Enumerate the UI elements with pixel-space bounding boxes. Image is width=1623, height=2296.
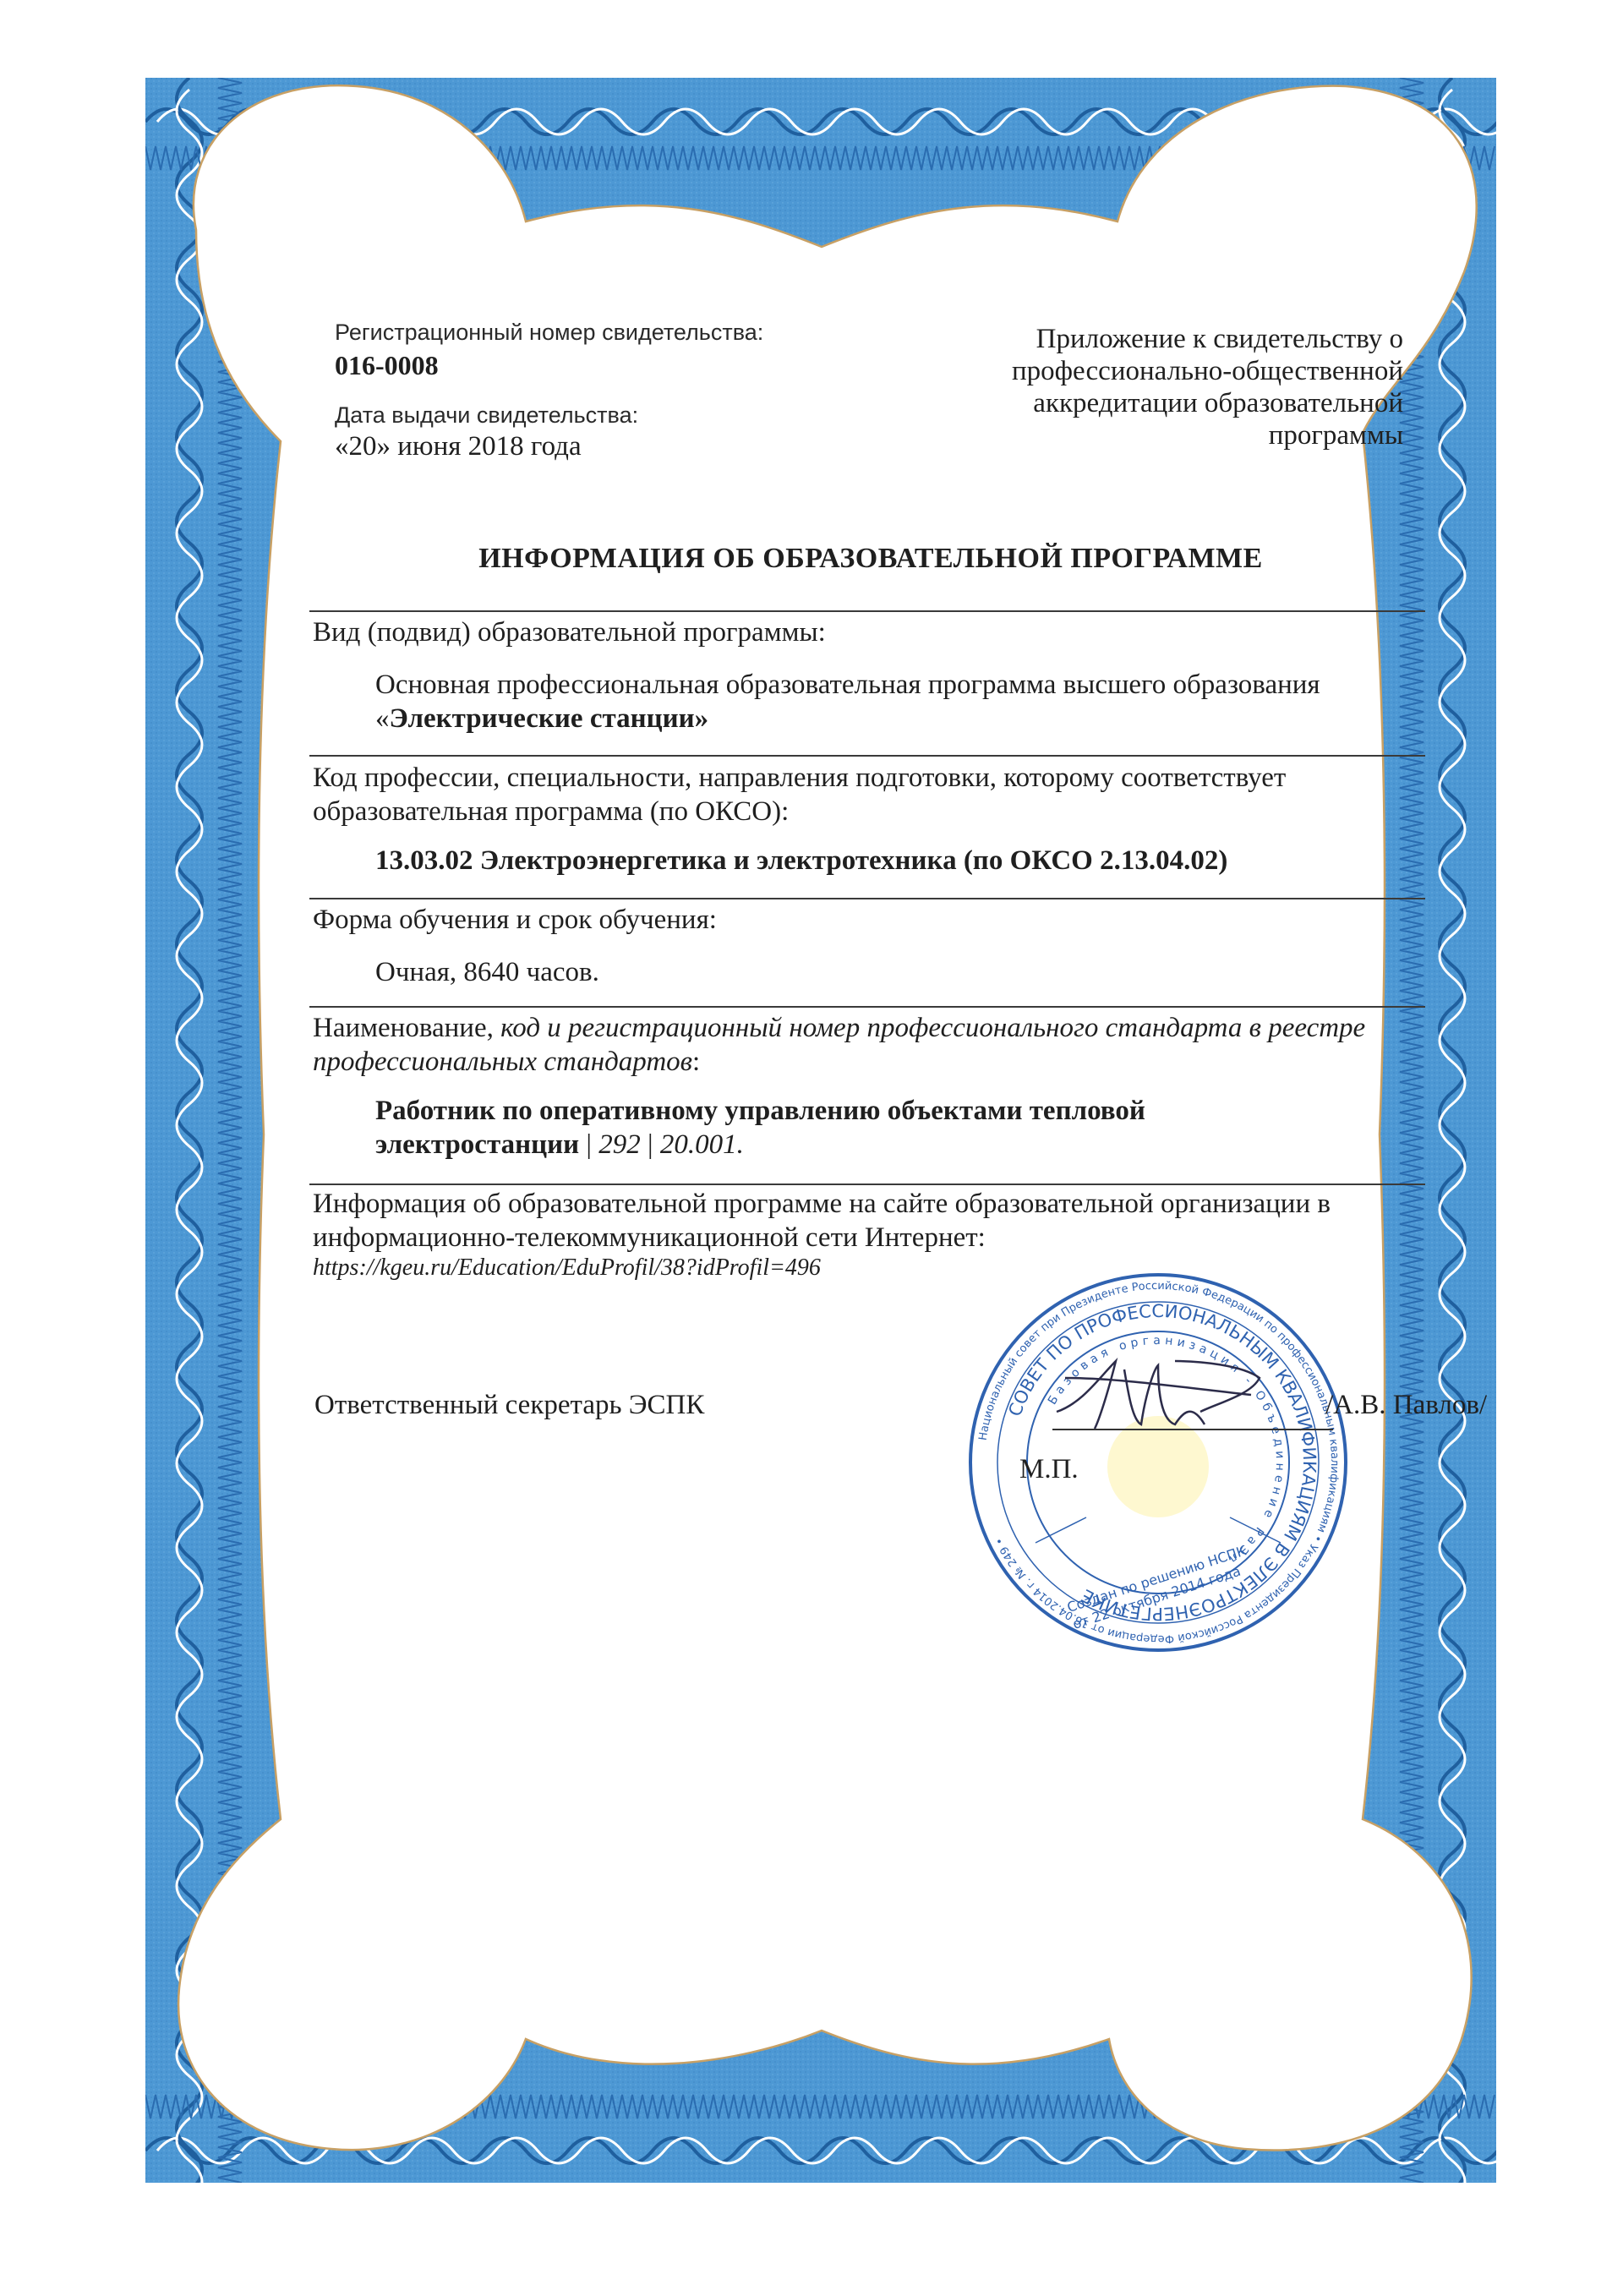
appendix-line: Приложение к свидетельству о <box>930 323 1403 355</box>
okso-code-value: 13.03.02 Электроэнергетика и электротехн… <box>375 844 1390 877</box>
okso-code-label: Код профессии, специальности, направлени… <box>313 761 1429 828</box>
prof-standard-value: Работник по оперативному управлению объе… <box>375 1094 1271 1162</box>
appendix-line: аккредитации образовательной <box>930 387 1403 419</box>
prof-standard-reg-number: 20.001. <box>660 1129 744 1160</box>
separator: | <box>579 1129 598 1160</box>
separator: | <box>641 1129 660 1160</box>
registration-number: 016-0008 <box>335 350 439 381</box>
prof-standard-label-text: Наименование, <box>313 1013 500 1043</box>
issue-date-label: Дата выдачи свидетельства: <box>335 402 638 429</box>
handwritten-signature <box>1048 1344 1268 1437</box>
program-type-label: Вид (подвид) образовательной программы: <box>313 615 1437 649</box>
website-label: Информация об образовательной программе … <box>313 1187 1496 1255</box>
section-divider <box>309 898 1425 899</box>
signatory-name: /А.В. Павлов/ <box>1325 1390 1487 1421</box>
prof-standard-label: Наименование, код и регистрационный номе… <box>313 1011 1412 1079</box>
document-title: ИНФОРМАЦИЯ ОБ ОБРАЗОВАТЕЛЬНОЙ ПРОГРАММЕ <box>321 543 1420 575</box>
study-form-value: Очная, 8640 часов. <box>375 955 1390 989</box>
study-form-label: Форма обучения и срок обучения: <box>313 903 1437 937</box>
appendix-line: программы <box>930 419 1403 451</box>
section-divider <box>309 1184 1425 1185</box>
prof-standard-label-end: : <box>692 1047 700 1077</box>
signatory-role: Ответственный секретарь ЭСПК <box>314 1390 704 1421</box>
section-divider <box>309 755 1425 757</box>
program-name: Электрические станции» <box>390 703 709 734</box>
website-url-link[interactable]: https://kgeu.ru/Education/EduProfil/38?i… <box>313 1255 821 1282</box>
registration-number-label: Регистрационный номер свидетельства: <box>335 320 763 346</box>
seal-place-mark: М.П. <box>1019 1454 1079 1485</box>
issue-date: «20» июня 2018 года <box>335 431 582 462</box>
appendix-line: профессионально-общественной <box>930 355 1403 387</box>
section-divider <box>309 1006 1425 1008</box>
appendix-heading: Приложение к свидетельству о профессиона… <box>930 323 1403 451</box>
program-type-value: Основная профессиональная образовательна… <box>375 668 1339 735</box>
prof-standard-name: Работник по оперативному управлению объе… <box>375 1096 1145 1160</box>
prof-standard-code: 292 <box>598 1129 641 1160</box>
section-divider <box>309 610 1425 612</box>
